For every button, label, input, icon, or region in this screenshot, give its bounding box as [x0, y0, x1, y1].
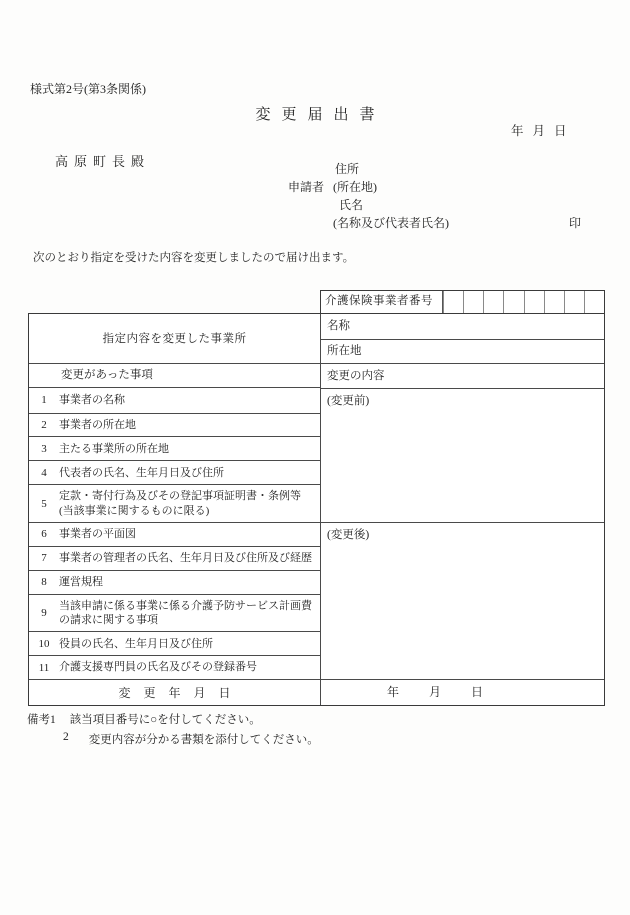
office-name-cell: 名称 — [321, 314, 604, 340]
table-row: 2 事業者の所在地 — [29, 414, 320, 438]
item-text: 当該申請に係る事業に係る介護予防サービス計画費 の請求に関する事項 — [59, 599, 312, 628]
remark-line-2: 2 変更内容が分かる書類を添付してください。 — [27, 731, 319, 747]
change-notification-table: 介護保険事業者番号 指定内容を変更した事業所 変更があった事項 1 事業者の名称… — [28, 290, 605, 706]
item-text: 事業者の管理者の氏名、生年月日及び住所及び経歴 — [59, 551, 312, 566]
table-left-column: 指定内容を変更した事業所 変更があった事項 1 事業者の名称 2 事業者の所在地… — [29, 314, 321, 705]
main-table: 指定内容を変更した事業所 変更があった事項 1 事業者の名称 2 事業者の所在地… — [28, 313, 605, 706]
before-change-cell: (変更前) — [321, 389, 604, 523]
table-row: 1 事業者の名称 — [29, 388, 320, 414]
business-number-label: 介護保険事業者番号 — [321, 291, 443, 313]
changed-items-header: 変更があった事項 — [29, 364, 320, 388]
item-number: 9 — [29, 607, 53, 619]
change-date-label-cell: 変更年月日 — [29, 680, 320, 705]
business-number-box — [544, 291, 564, 313]
remark-text: 変更内容が分かる書類を添付してください。 — [89, 731, 319, 747]
business-number-box — [584, 291, 604, 313]
table-row: 4 代表者の氏名、生年月日及び住所 — [29, 461, 320, 485]
remark-text: 該当項目番号に○を付してください。 — [70, 711, 261, 727]
item-text: 事業者の平面図 — [59, 527, 136, 542]
table-row: 10 役員の氏名、生年月日及び住所 — [29, 632, 320, 656]
item-number: 4 — [29, 467, 53, 479]
item-text: 介護支援専門員の氏名及びその登録番号 — [59, 660, 257, 675]
applicant-label: 申請者 — [288, 178, 324, 195]
item-text: 主たる事業所の所在地 — [59, 442, 169, 457]
addressee: 高原町長殿 — [55, 151, 150, 170]
business-number-box — [443, 291, 463, 313]
office-address-cell: 所在地 — [321, 340, 604, 364]
item-number: 10 — [29, 638, 53, 650]
item-number: 7 — [29, 552, 53, 564]
business-number-box — [524, 291, 544, 313]
remark-number: 2 — [63, 731, 69, 747]
item-number: 8 — [29, 576, 53, 588]
date-line: 年月日 — [511, 121, 576, 139]
business-number-box — [503, 291, 523, 313]
table-row: 11 介護支援専門員の氏名及びその登録番号 — [29, 656, 320, 680]
applicant-orgname-label: (名称及び代表者氏名) — [333, 214, 449, 231]
intro-sentence: 次のとおり指定を受けた内容を変更しましたので届け出ます。 — [33, 249, 354, 265]
change-content-header: 変更の内容 — [321, 364, 604, 389]
table-row: 7 事業者の管理者の氏名、生年月日及び住所及び経歴 — [29, 547, 320, 571]
item-number: 2 — [29, 419, 53, 431]
applicant-location-label: (所在地) — [333, 178, 377, 195]
item-text: 代表者の氏名、生年月日及び住所 — [59, 466, 224, 481]
table-row: 6 事業者の平面図 — [29, 523, 320, 547]
item-text: 事業者の所在地 — [59, 418, 136, 433]
item-text: 運営規程 — [59, 575, 103, 590]
business-number-box — [463, 291, 483, 313]
table-row: 5 定款・寄付行為及びその登記事項証明書・条例等 (当該事業に関するものに限る) — [29, 485, 320, 523]
document-page: 様式第2号(第3条関係) 変更届出書 年月日 高原町長殿 住所 申請者 (所在地… — [0, 0, 630, 915]
table-row: 3 主たる事業所の所在地 — [29, 437, 320, 461]
item-number: 11 — [29, 662, 53, 674]
item-text: 事業者の名称 — [59, 393, 125, 408]
applicant-name-label: 氏名 — [339, 196, 363, 213]
change-date-value-cell: 年月日 — [321, 680, 604, 705]
business-number-row: 介護保険事業者番号 — [320, 290, 605, 313]
item-number: 3 — [29, 443, 53, 455]
office-label-cell: 指定内容を変更した事業所 — [29, 314, 320, 364]
item-text: 役員の氏名、生年月日及び住所 — [59, 637, 213, 652]
table-row: 9 当該申請に係る事業に係る介護予防サービス計画費 の請求に関する事項 — [29, 595, 320, 633]
table-right-column: 名称 所在地 変更の内容 (変更前) (変更後) 年月日 — [321, 314, 604, 705]
remarks: 備考1 該当項目番号に○を付してください。 2 変更内容が分かる書類を添付してく… — [27, 711, 319, 747]
remark-label: 備考1 — [27, 711, 56, 727]
item-number: 5 — [29, 498, 53, 510]
business-number-box — [564, 291, 584, 313]
remark-line-1: 備考1 該当項目番号に○を付してください。 — [27, 711, 319, 727]
applicant-address-label: 住所 — [335, 160, 359, 177]
seal-label: 印 — [569, 214, 581, 231]
item-number: 6 — [29, 528, 53, 540]
business-number-box — [483, 291, 503, 313]
item-text: 定款・寄付行為及びその登記事項証明書・条例等 (当該事業に関するものに限る) — [59, 489, 301, 518]
after-change-cell: (変更後) — [321, 523, 604, 680]
table-row: 8 運営規程 — [29, 571, 320, 595]
item-number: 1 — [29, 394, 53, 406]
form-number: 様式第2号(第3条関係) — [30, 80, 146, 97]
